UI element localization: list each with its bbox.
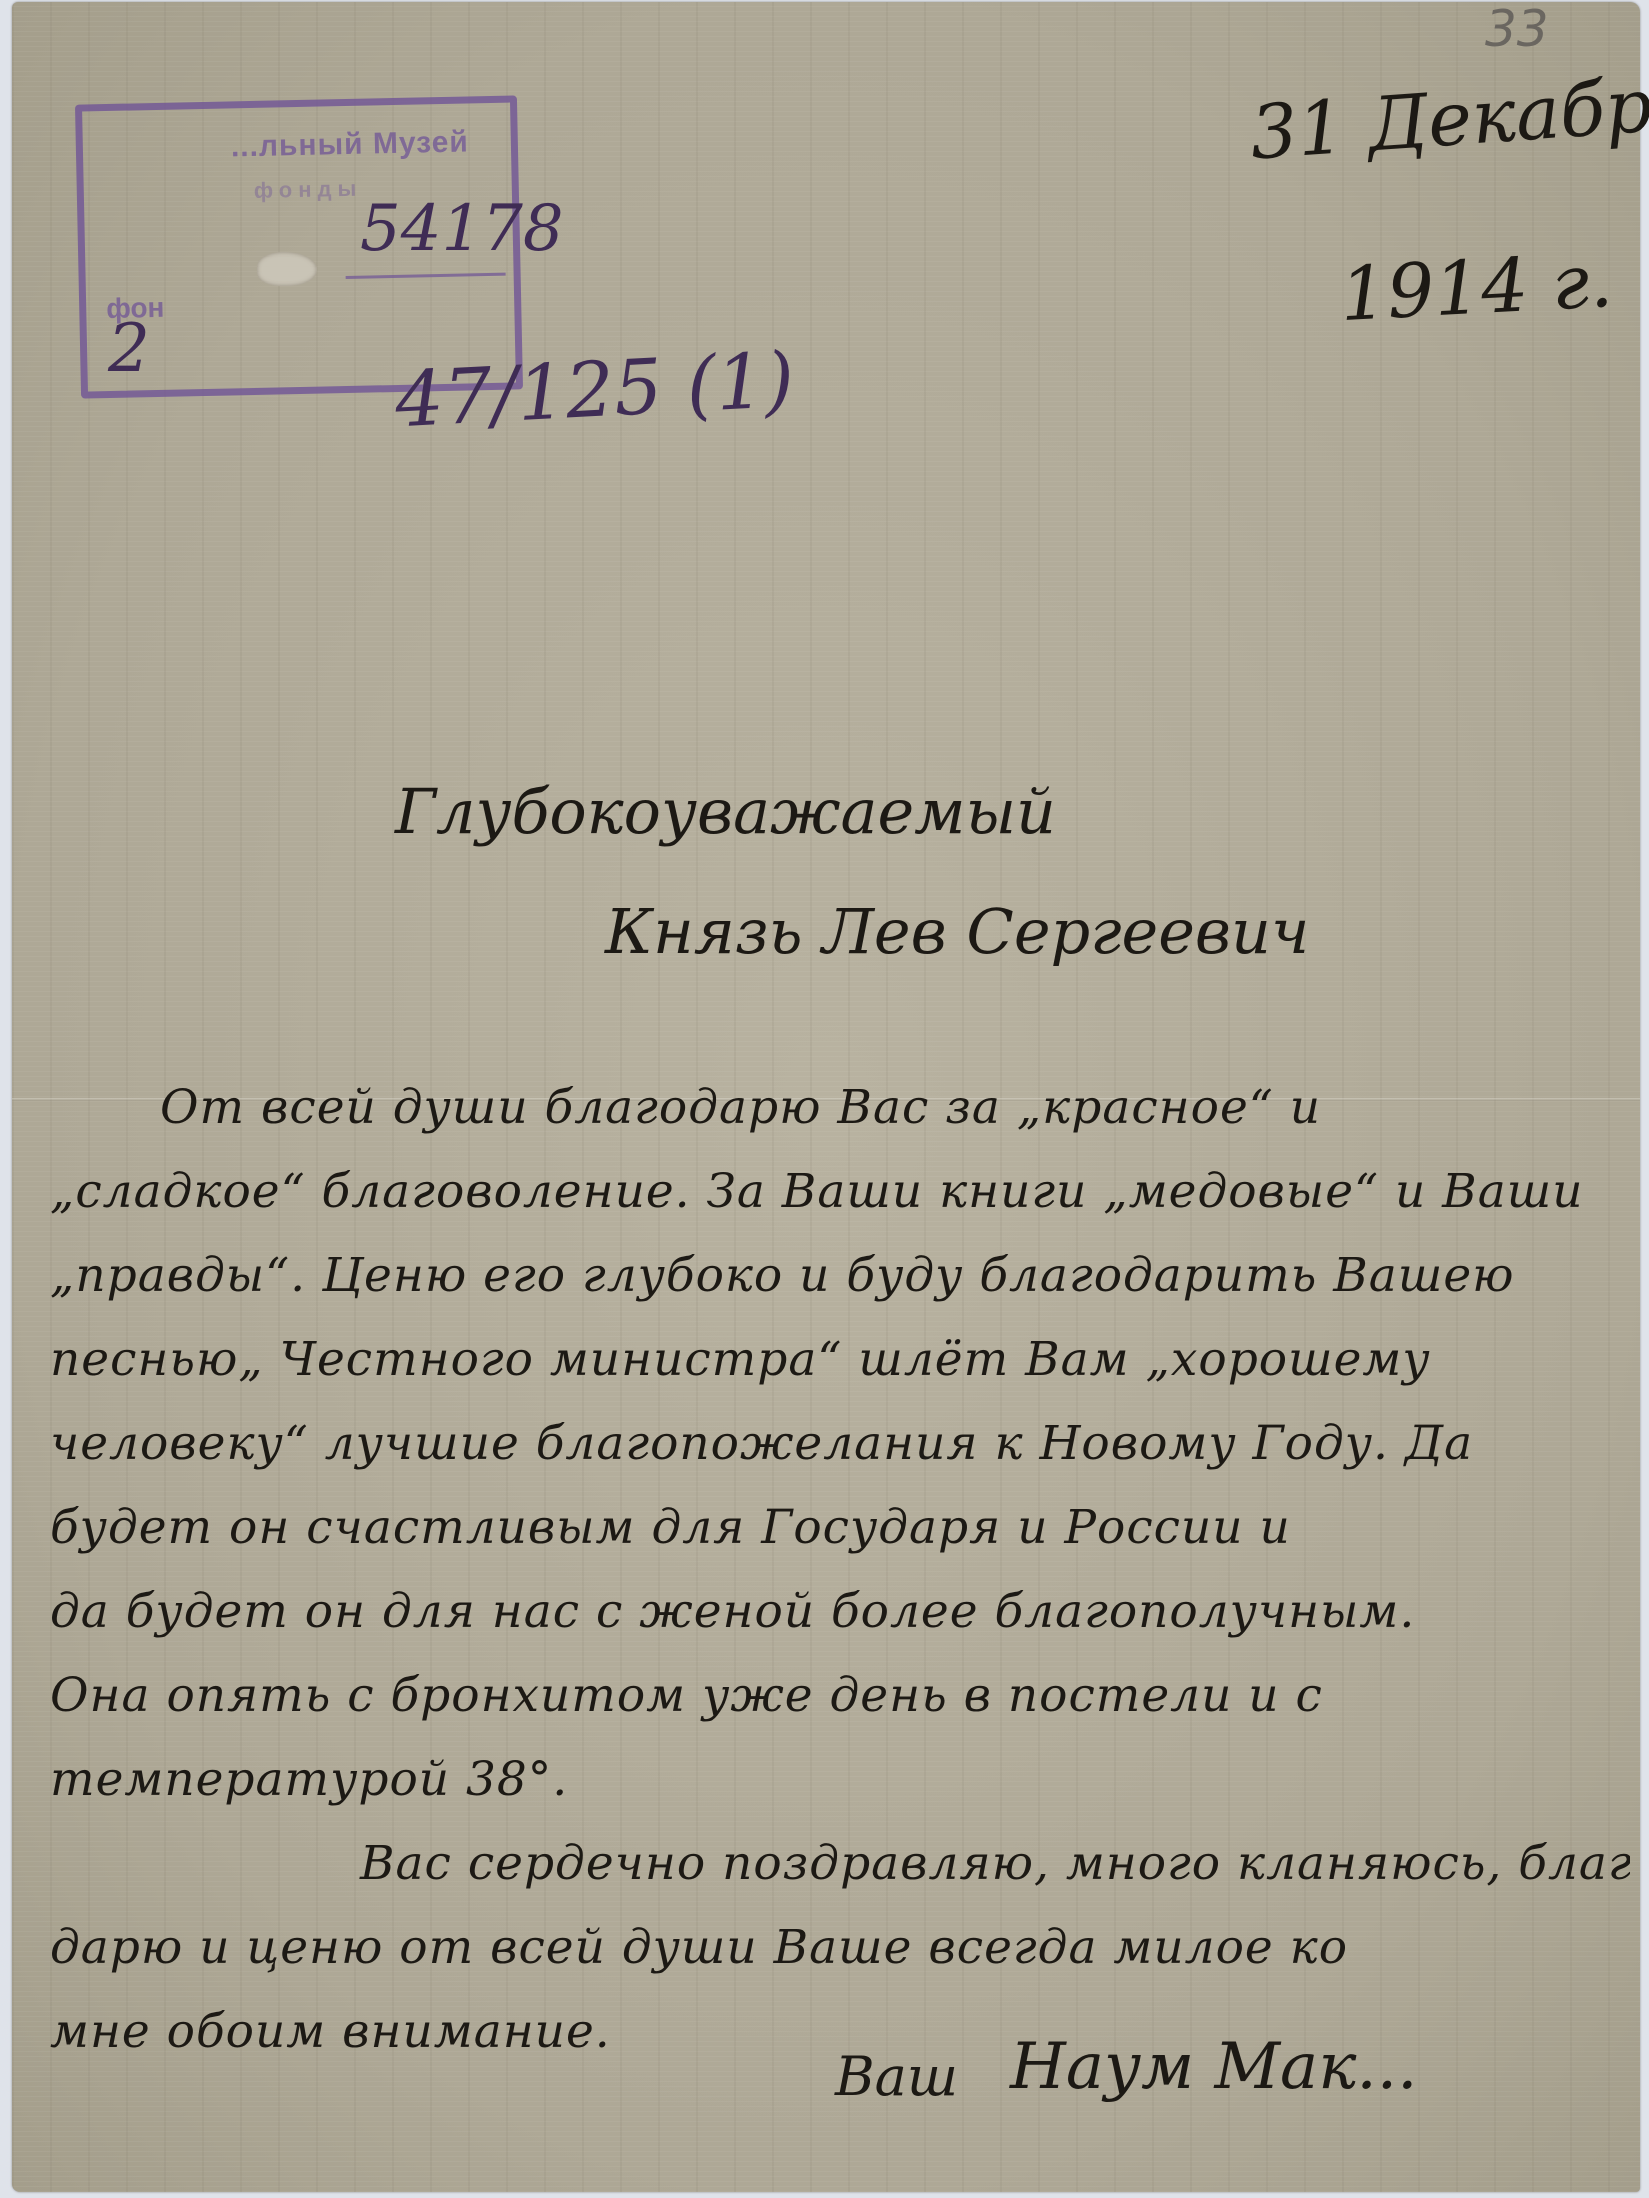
body-line: дарю и ценю от всей души Ваше всегда мил… xyxy=(50,1920,1630,2004)
letter-signature: Наум Мак... xyxy=(1010,2030,1417,2104)
body-line: „правды“. Ценю его глубоко и буду благод… xyxy=(50,1248,1630,1332)
body-line: температурой 38°. xyxy=(50,1752,1630,1836)
letter-closing: Ваш xyxy=(835,2045,958,2108)
stamp-fonds-text: фонды xyxy=(254,176,363,204)
body-line: будет он счастливым для Государя и Росси… xyxy=(50,1500,1630,1584)
body-line: От всей души благодарю Вас за „красное“ … xyxy=(50,1080,1630,1164)
body-line: песнью„ Честного министра“ шлёт Вам „хор… xyxy=(50,1332,1630,1416)
inventory-number: 54178 xyxy=(360,192,564,266)
body-line: Она опять с бронхитом уже день в постели… xyxy=(50,1668,1630,1752)
salutation-line-1: Глубокоуважаемый xyxy=(395,775,1056,848)
letter-body: От всей души благодарю Вас за „красное“ … xyxy=(50,1080,1630,2088)
stamp-underline xyxy=(346,273,506,279)
body-line: да будет он для нас с женой более благоп… xyxy=(50,1584,1630,1668)
letter-date-year: 1914 г. xyxy=(1338,238,1615,338)
body-line: человеку“ лучшие благопожелания к Новому… xyxy=(50,1416,1630,1500)
body-line: „сладкое“ благоволение. За Ваши книги „м… xyxy=(50,1164,1630,1248)
salutation-line-2: Князь Лев Сергеевич xyxy=(605,895,1310,968)
body-line: Вас сердечно поздравляю, много кланяюсь,… xyxy=(50,1836,1630,1920)
fond-number: 2 xyxy=(108,310,150,387)
paper-damage-hole xyxy=(257,252,317,286)
stamp-museum-text: ...льный Музей xyxy=(231,125,470,164)
page-number: 33 xyxy=(1485,0,1549,58)
